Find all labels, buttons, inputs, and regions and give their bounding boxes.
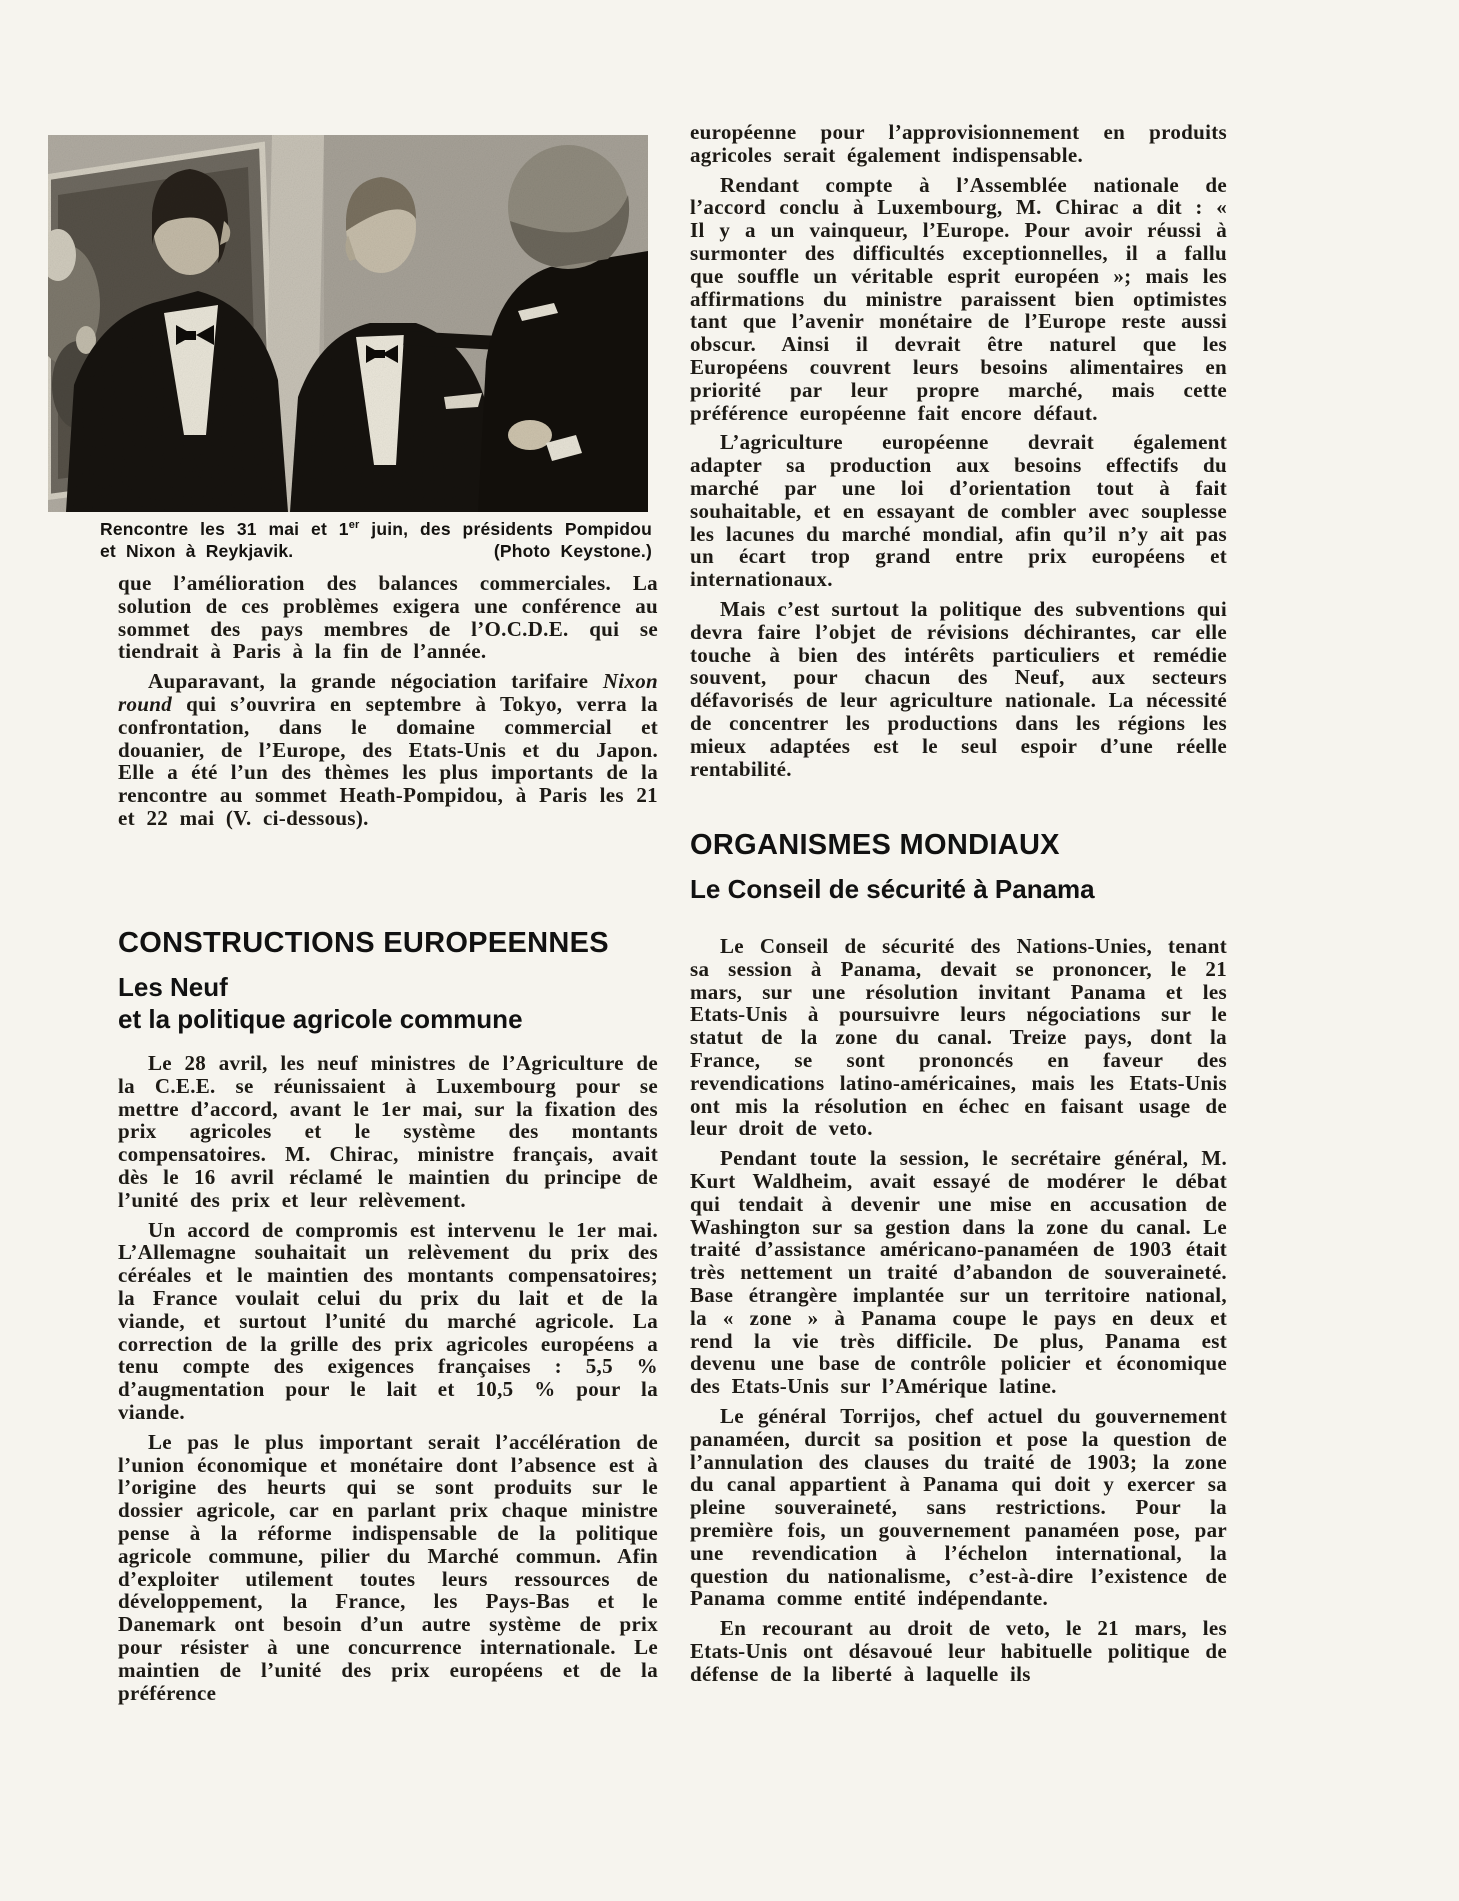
section-title-constructions-europeennes: CONSTRUCTIONS EUROPEENNES xyxy=(118,928,658,958)
body-paragraph: Auparavant, la grande négociation tarifa… xyxy=(118,670,658,830)
photo-caption: Rencontre les 31 mai et 1er juin, des pr… xyxy=(100,519,652,562)
left-column-section: CONSTRUCTIONS EUROPEENNES Les Neuf et la… xyxy=(118,928,658,1711)
body-paragraph: Le 28 avril, les neuf ministres de l’Agr… xyxy=(118,1052,658,1212)
photo-credit: (Photo Keystone.) xyxy=(494,541,652,562)
body-paragraph: européenne pour l’approvisionnement en p… xyxy=(690,121,1227,167)
section-title-organismes-mondiaux: ORGANISMES MONDIAUX xyxy=(690,830,1227,860)
caption-line-1: Rencontre les 31 mai et 1er juin, des pr… xyxy=(100,519,652,540)
body-paragraph: En recourant au droit de veto, le 21 mar… xyxy=(690,1617,1227,1685)
section-subtitle: Les Neuf et la politique agricole commun… xyxy=(118,971,658,1035)
caption-text: et Nixon à Reykjavik. xyxy=(100,541,293,562)
body-paragraph: Le pas le plus important serait l’accélé… xyxy=(118,1431,658,1705)
body-paragraph: Pendant toute la session, le secrétaire … xyxy=(690,1147,1227,1398)
photo-illustration xyxy=(48,135,648,512)
body-paragraph: Mais c’est surtout la politique des subv… xyxy=(690,598,1227,780)
news-photo xyxy=(48,135,648,512)
body-paragraph: Le général Torrijos, chef actuel du gouv… xyxy=(690,1405,1227,1610)
magazine-page: Rencontre les 31 mai et 1er juin, des pr… xyxy=(0,0,1459,1901)
caption-line-2: et Nixon à Reykjavik. (Photo Keystone.) xyxy=(100,541,652,562)
paragraph-text: qui s’ouvrira en septembre à Tokyo, verr… xyxy=(118,692,658,830)
body-paragraph: Rendant compte à l’Assemblée nationale d… xyxy=(690,174,1227,425)
paragraph-text: Auparavant, la grande négociation tarifa… xyxy=(148,669,603,693)
caption-text: Rencontre les 31 mai et 1 xyxy=(100,519,349,539)
body-paragraph: Un accord de compromis est intervenu le … xyxy=(118,1219,658,1424)
caption-text: juin, des présidents Pompidou xyxy=(360,519,652,539)
body-paragraph: L’agriculture européenne devrait égaleme… xyxy=(690,431,1227,591)
body-paragraph: que l’amélioration des balances commerci… xyxy=(118,572,658,663)
body-paragraph: Le Conseil de sécurité des Nations-Unies… xyxy=(690,935,1227,1140)
left-column-top: que l’amélioration des balances commerci… xyxy=(118,572,658,837)
caption-superscript: er xyxy=(349,519,360,531)
right-column-top: européenne pour l’approvisionnement en p… xyxy=(690,121,1227,787)
subtitle-line-1: Les Neuf xyxy=(118,971,658,1003)
right-column-section: ORGANISMES MONDIAUX Le Conseil de sécuri… xyxy=(690,830,1227,1693)
section-subtitle: Le Conseil de sécurité à Panama xyxy=(690,873,1227,905)
subtitle-line-2: et la politique agricole commune xyxy=(118,1003,658,1035)
